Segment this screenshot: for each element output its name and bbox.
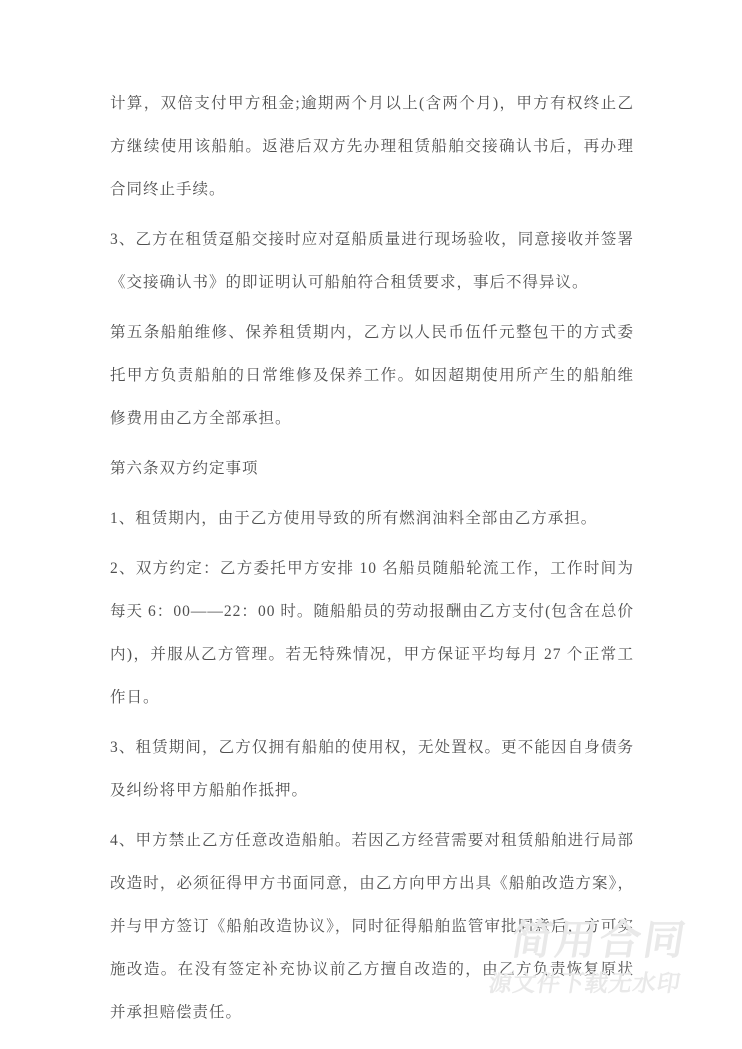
contract-clause-heading: 第六条双方约定事项	[110, 447, 634, 490]
contract-paragraph: 3、租赁期间，乙方仅拥有船舶的使用权，无处置权。更不能因自身债务及纠纷将甲方船舶…	[110, 726, 634, 812]
contract-paragraph: 1、租赁期内，由于乙方使用导致的所有燃润油料全部由乙方承担。	[110, 497, 634, 540]
contract-paragraph: 计算，双倍支付甲方租金;逾期两个月以上(含两个月)，甲方有权终止乙方继续使用该船…	[110, 82, 634, 211]
contract-page: 计算，双倍支付甲方租金;逾期两个月以上(含两个月)，甲方有权终止乙方继续使用该船…	[0, 0, 742, 1049]
document-viewport: { "page": { "background": "#ffffff", "te…	[0, 0, 742, 1049]
watermark-brand-text: 简用合同	[492, 920, 690, 961]
watermark: 简用合同 源文件下载无水印	[487, 920, 691, 995]
contract-paragraph: 3、乙方在租赁趸船交接时应对趸船质量进行现场验收，同意接收并签署《交接确认书》的…	[110, 218, 634, 304]
watermark-subtitle-text: 源文件下载无水印	[487, 972, 683, 995]
contract-paragraph: 第五条船舶维修、保养租赁期内，乙方以人民币伍仟元整包干的方式委托甲方负责船舶的日…	[110, 311, 634, 440]
contract-body: 计算，双倍支付甲方租金;逾期两个月以上(含两个月)，甲方有权终止乙方继续使用该船…	[110, 82, 634, 1041]
contract-paragraph: 2、双方约定：乙方委托甲方安排 10 名船员随船轮流工作，工作时间为每天 6：0…	[110, 547, 634, 719]
